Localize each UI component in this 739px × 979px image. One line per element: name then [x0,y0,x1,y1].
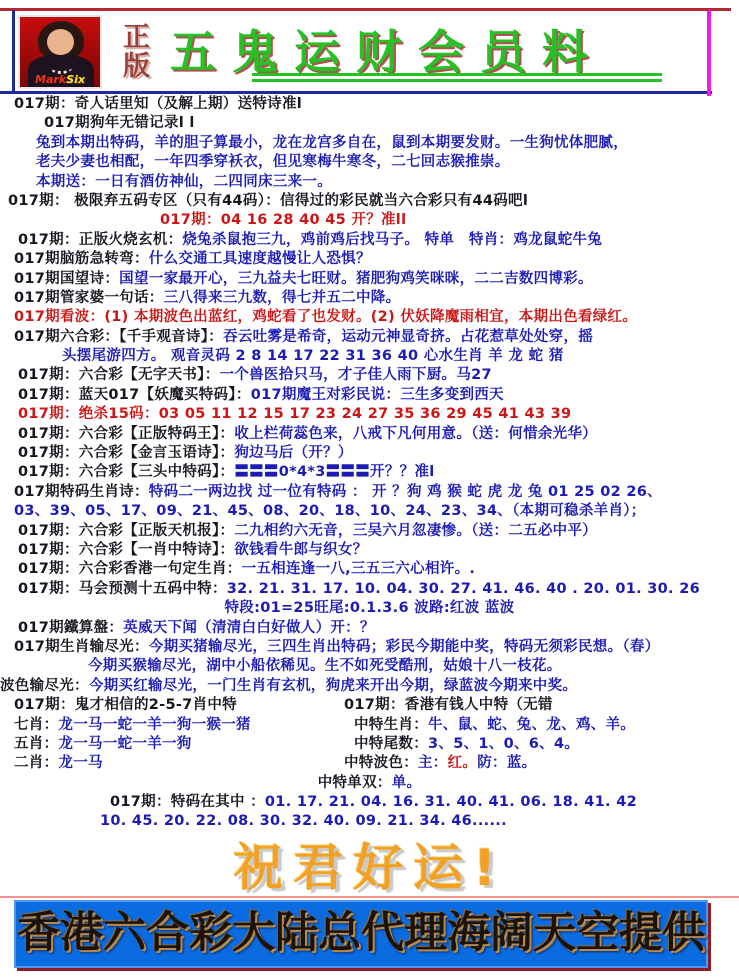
content-line: 017期狗年无错记录l l [44,114,739,133]
content-line: 017期：特码在其中 ：01. 17. 21. 04. 16. 31. 40. … [110,793,739,812]
bottom-banner: 香港六合彩大陆总代理海阔天空提供 [14,900,708,968]
text-segment: 017期魔王对彩民说：三生多变到西天 [251,387,504,403]
content-line: 017期：六合彩【正版特码王】：收上栏荷蕊色来，八戒下凡何用意。（送：何惜余光华… [18,425,739,444]
text-segment: 中特单双： [318,775,392,791]
text-segment: 特段:01=25旺尾:0.1.3.6 波路:红波 蓝波 [225,600,515,616]
photo-caption: MarkSix [20,73,100,86]
content-line: 017期生肖输尽光：今期买猪输尽光，三四生肖出特码；彩民今期能中奖，特码无须彩民… [14,638,739,657]
text-segment: 017期：正版火烧玄机： [18,232,182,248]
text-segment: 03 05 11 12 15 17 23 24 27 35 36 29 45 4… [159,406,572,422]
text-segment: 波色输尽光： [0,678,89,694]
content-line: 017期特码生肖诗：特码二一两边找 过一位有特码 ： 开 ？狗 鸡 猴 蛇 虎 … [14,483,739,502]
text-segment: 五肖： [14,736,58,752]
content-line: 03、39、05、17、09、21、45、08、20、18、10、24、23、3… [14,502,739,521]
content-line: 二肖：龙一马中特波色：主：红。防：蓝。 [0,754,739,773]
text-segment: 017期：六合彩香港一句定生肖： [18,561,242,577]
text-segment: 什么交通工具速度越慢让人恐惧？ [149,251,371,267]
content-line: 波色输尽光：今期买红输尽光，一门生肖有玄机，狗虎来开出今期，绿蓝波今期来中奖。 [0,677,739,696]
content-line: 017期看波：(1) 本期波色出蓝红，鸡蛇看了也发财。(2) 伏妖降魔雨相宜，本… [14,308,739,327]
text-segment: 017期鐵算盤： [18,620,123,636]
flyer-page: MarkSix 正版 五鬼运财会员料 017期：奇人话里知（及解上期）送特诗准l… [0,0,739,979]
text-segment: 017期看波：(1) 本期波色出蓝红，鸡蛇看了也发财。(2) 伏妖降魔雨相宜，本… [14,309,637,325]
content-line: 七肖：龙一马一蛇一羊一狗一猴一猪中特生肖：牛、鼠、蛇、兔、龙、鸡、羊。 [0,716,739,735]
text-segment: 017期：蓝天017【妖魔买特码】： [18,387,251,403]
text-segment: 017期：六合彩【无字天书】： [18,367,220,383]
content-line: 017期：六合彩香港一句定生肖：一五相连逢一八,三五三六心相许。. [18,560,739,579]
text-segment: 兔到本期出特码，羊的胆子算最小，龙在龙宫多自在，鼠到本期要发财。一生狗忧体肥腻， [36,135,628,151]
text-segment: 龙一马一蛇一羊一狗 [58,736,191,752]
content-line: 017期：鬼才相信的2-5-7肖中特017期：香港有钱人中特（无错 [0,696,739,715]
text-segment: 单。 [392,775,422,791]
content-line: 五肖：龙一马一蛇一羊一狗中特尾数：3、5、1、0、6、4。 [0,735,739,754]
text-segment: 017期：04 16 28 40 45 开？准ll [160,212,406,228]
text-segment: 017期：鬼才相信的2-5-7肖中特 [14,697,237,713]
content-line: 老夫少妻也相配，一年四季穿袄衣，但见寒梅牛寒冬，二七回志猴推崇。 [36,153,739,172]
content-line: 017期： 极限弃五码专区（只有44码）：信得过的彩民就当六合彩只有44码吧l [8,192,739,211]
text-segment: 017期脑筋急转弯： [14,251,149,267]
text-segment: 017期：六合彩【金言玉语诗】： [18,445,234,461]
text-segment: 英威天下闻（清清白白好做人）开：？ [123,620,375,636]
content-line: 017期：马会预测十五码中特：32. 21. 31. 17. 10. 04. 3… [18,580,739,599]
content-column: 017期：鬼才相信的2-5-7肖中特 [14,696,344,715]
text-segment: 017期： 极限弃五码专区（只有44码）：信得过的彩民就当六合彩只有44码吧l [8,193,528,209]
content-line: 017期：六合彩【一肖中特诗】：欲钱看牛郎与织女？ [18,541,739,560]
content-line: 017期：六合彩【金言玉语诗】：狗边马后（开？） [18,444,739,463]
member-photo: MarkSix [18,15,102,89]
text-segment: 017期国望诗： [14,271,119,287]
text-segment: 牛、鼠、蛇、兔、龙、鸡、羊。 [428,717,635,733]
header-bottom-border [0,91,712,94]
text-segment: 红。 [448,755,478,771]
text-segment: 欲钱看牛郎与织女？ [234,542,367,558]
content-column: 二肖：龙一马 [14,754,344,773]
title-underline [252,79,662,82]
text-segment: 二肖： [14,755,58,771]
content-column: 中特波色：主：红。防：蓝。 [344,754,536,773]
content-line: 017期脑筋急转弯：什么交通工具速度越慢让人恐惧？ [14,250,739,269]
content-column: 五肖：龙一马一蛇一羊一狗 [14,735,344,754]
content-line: 017期：蓝天017【妖魔买特码】：017期魔王对彩民说：三生多变到西天 [18,386,739,405]
text-segment: 3、5、1、0、6、4。 [428,736,579,752]
text-segment: 七肖： [14,717,58,733]
text-segment: 收上栏荷蕊色来，八戒下凡何用意。（送：何惜余光华） [234,426,597,442]
content-line: 今期买猴输尽光，湖中小船依稀见。生不如死受酷刑，姑娘十八一枝花。 [88,657,739,676]
content-line: 017期：六合彩【正版天机报】：二九相约六无音，三吴六月忽凄惨。（送：二五必中平… [18,522,739,541]
text-segment: 017期：六合彩【正版特码王】： [18,426,234,442]
text-segment: 二九相约六无音，三吴六月忽凄惨。（送：二五必中平） [234,523,597,539]
text-segment: 头摆尾游四方。 观音灵码 2 8 14 17 22 31 36 40 心水生肖 … [62,348,564,364]
text-segment: 01. 17. 21. 04. 16. 31. 40. 41. 06. 18. … [265,794,637,810]
text-segment: 国望一家最开心，三九益夫七旺财。猪肥狗鸡笑咪咪，二二吉数四博彩。 [119,271,593,287]
text-segment: 中特生肖： [354,717,428,733]
content-line: 017期：六合彩【无字天书】：一个兽医拾只马，才子佳人雨下厨。马27 [18,366,739,385]
text-segment: 今期买猪输尽光，三四生肖出特码；彩民今期能中奖，特码无须彩民想。（春） [149,639,660,655]
text-segment: 烧兔杀鼠抱三九，鸡前鸡后找马子。 特单 特肖：鸡龙鼠蛇牛兔 [182,232,602,248]
content-line: 017期：绝杀15码：03 05 11 12 15 17 23 24 27 35… [18,405,739,424]
photo-face [47,29,74,55]
text-segment: 017期狗年无错记录l l [44,115,195,131]
content-column: 七肖：龙一马一蛇一羊一狗一猴一猪 [14,716,344,735]
text-segment: 017期生肖输尽光： [14,639,149,655]
footer-divider-line [0,896,739,898]
text-segment: 017期：绝杀15码： [18,406,159,422]
title-underline [252,73,662,76]
text-segment: 今期买猴输尽光，湖中小船依稀见。生不如死受酷刑，姑娘十八一枝花。 [88,658,562,674]
text-segment: 03、39、05、17、09、21、45、08、20、18、10、24、23、3… [14,503,646,519]
content-line: 017期：正版火烧玄机：烧兔杀鼠抱三九，鸡前鸡后找马子。 特单 特肖：鸡龙鼠蛇牛… [18,231,739,250]
text-segment: 017期：香港有钱人中特（无错 [344,697,553,713]
content-lines: 017期：奇人话里知（及解上期）送特诗准l017期狗年无错记录l l兔到本期出特… [0,95,739,832]
text-segment: 017期：六合彩【一肖中特诗】： [18,542,234,558]
photo-brand-six: Six [66,73,85,86]
content-line: 017期国望诗：国望一家最开心，三九益夫七旺财。猪肥狗鸡笑咪咪，二二吉数四博彩。 [14,270,739,289]
header-left-border [12,10,15,94]
content-line: 017期管家婆一句话：三八得来三九数，得七并五二中降。 [14,289,739,308]
text-segment: 今期买红输尽光，一门生肖有玄机，狗虎来开出今期，绿蓝波今期来中奖。 [89,678,577,694]
text-segment: 一个兽医拾只马，才子佳人雨下厨。马27 [220,367,492,383]
masthead-badge: 正版 [120,22,147,80]
content-line: 特段:01=25旺尾:0.1.3.6 波路:红波 蓝波 [0,599,739,618]
text-segment: 017期：六合彩【正版天机报】： [18,523,234,539]
content-column: 中特尾数：3、5、1、0、6、4。 [354,735,579,754]
text-segment: 017期：奇人话里知（及解上期）送特诗准l [14,96,302,112]
content-line: 017期：04 16 28 40 45 开？准ll [160,211,739,230]
text-segment: 32. 21. 31. 17. 10. 04. 30. 27. 41. 46. … [227,581,700,597]
text-segment: 017期六合彩：【千手观音诗】： [14,329,223,345]
text-segment: 中特尾数： [354,736,428,752]
text-segment: 017期：特码在其中 ： [110,794,265,810]
text-segment: 三八得来三九数，得七并五二中降。 [164,290,401,306]
header-right-border [707,10,711,96]
content-line: 本期送：一日有酒仿神仙，二四同床三来一。 [36,173,739,192]
text-segment: 本期送：一日有酒仿神仙，二四同床三来一。 [36,174,332,190]
text-segment: 一五相连逢一八,三五三六心相许。. [242,561,476,577]
photo-brand-mark: Mark [35,73,66,86]
content-line: 017期六合彩：【千手观音诗】：吞云吐雾是希奇，运动元神显奇挤。占花惹草处处穿，… [14,328,739,347]
content-line: 017期：奇人话里知（及解上期）送特诗准l [14,95,739,114]
text-segment: 017期管家婆一句话： [14,290,164,306]
text-segment: 老夫少妻也相配，一年四季穿袄衣，但见寒梅牛寒冬，二七回志猴推崇。 [36,154,510,170]
content-column: 中特生肖：牛、鼠、蛇、兔、龙、鸡、羊。 [354,716,635,735]
text-segment: 〓〓〓0*4*3〓〓〓开？？准l [234,464,434,480]
text-segment: 017期特码生肖诗： [14,484,149,500]
text-segment: 主： [418,755,448,771]
content-line: 017期鐵算盤：英威天下闻（清清白白好做人）开：？ [18,619,739,638]
content-line: 头摆尾游四方。 观音灵码 2 8 14 17 22 31 36 40 心水生肖 … [62,347,739,366]
content-line: 兔到本期出特码，羊的胆子算最小，龙在龙宫多自在，鼠到本期要发财。一生狗忧体肥腻， [36,134,739,153]
text-segment: 特码二一两边找 过一位有特码 ： 开 ？狗 鸡 猴 蛇 虎 龙 兔 01 25 … [149,484,662,500]
text-segment: 中特波色： [344,755,418,771]
text-segment: 吞云吐雾是希奇，运动元神显奇挤。占花惹草处处穿，摇 [223,329,593,345]
text-segment: 防：蓝。 [477,755,536,771]
text-segment: 狗边马后（开？） [234,445,352,461]
content-line: 中特单双：单。 [0,774,739,793]
content-line: 017期：六合彩【三头中特码】：〓〓〓0*4*3〓〓〓开？？准l [18,463,739,482]
text-segment: 017期：六合彩【三头中特码】： [18,464,234,480]
wish-text: 祝君好运! [0,828,739,900]
header-top-line [0,8,731,11]
text-segment: 017期：马会预测十五码中特： [18,581,227,597]
text-segment: 龙一马 [58,755,102,771]
content-column: 017期：香港有钱人中特（无错 [344,696,553,715]
text-segment: 龙一马一蛇一羊一狗一猴一猪 [58,717,250,733]
